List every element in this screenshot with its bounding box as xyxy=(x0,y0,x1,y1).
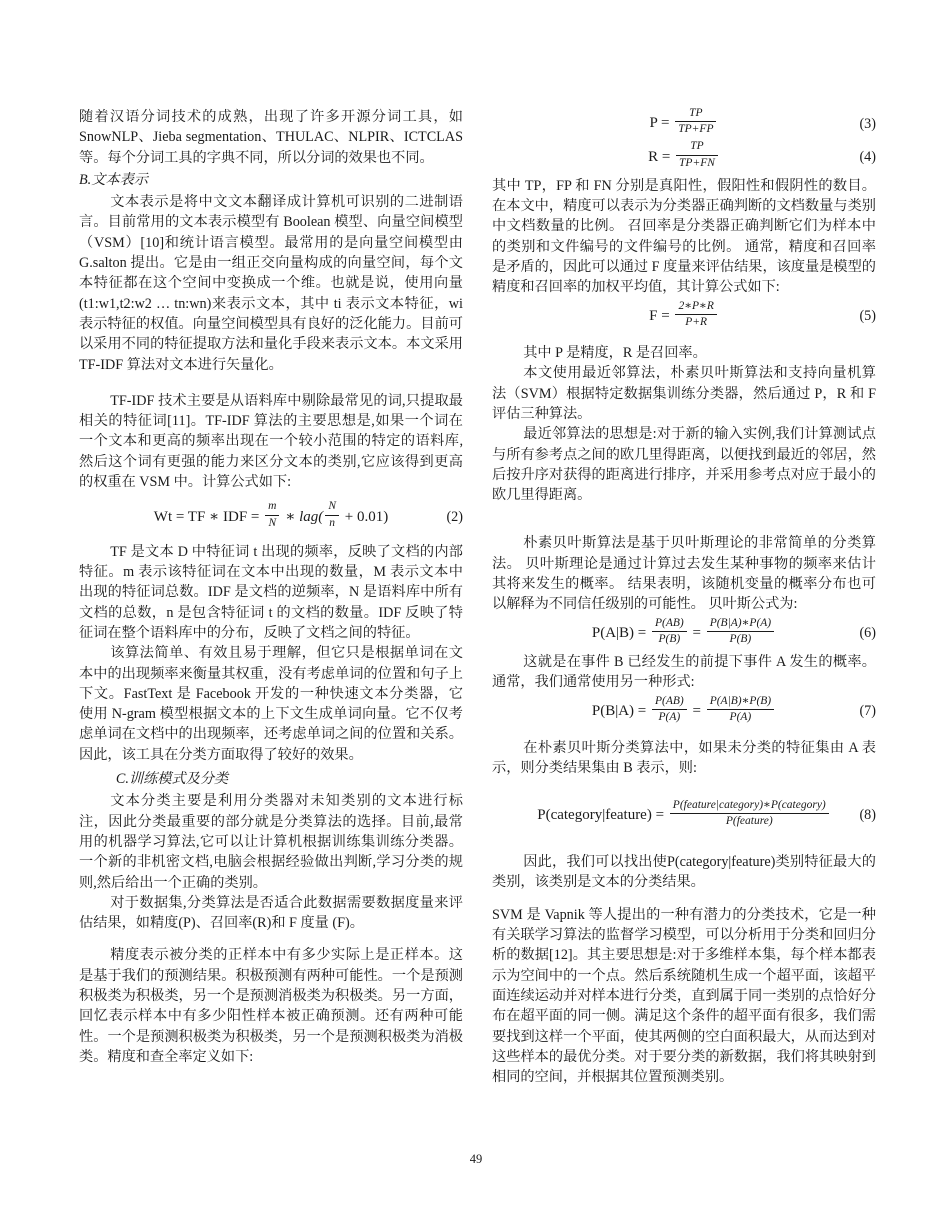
paragraph-tp-fp-fn: 其中 TP，FP 和 FN 分别是真阳性，假阳性和假阴性的数目。 在本文中，精度… xyxy=(492,176,876,298)
paper-page: 随着汉语分词技术的成熟，出现了许多开源分词工具，如 SnowNLP、Jieba … xyxy=(0,0,952,1232)
right-column: P = TPTP+FP (3) R = TPTP+FN (4) 其中 TP，FP… xyxy=(492,107,876,1087)
paragraph-tfidf-intro: TF-IDF 技术主要是从语料库中剔除最常见的词,只提取最相关的特征词[11]。… xyxy=(79,391,463,492)
paragraph-classifier-selection: 文本分类主要是利用分类器对未知类别的文本进行标注，因此分类最重要的部分就是分类算… xyxy=(79,791,463,892)
paragraph-knn-idea: 最近邻算法的思想是:对于新的输入实例,我们计算测试点与所有参考点之间的欧几里得距… xyxy=(492,424,876,505)
paragraph-dataset-metrics: 对于数据集,分类算法是否适合此数据需要数据度量来评估结果，如精度(P)、召回率(… xyxy=(79,893,463,934)
paragraph-conditional-probability: 这就是在事件 B 已经发生的前提下事件 A 发生的概率。 通常，我们通常使用另一… xyxy=(492,652,876,693)
equation-2-tfidf-weight: Wt = TF ∗ IDF = mN ∗ lag(Nn + 0.01) (2) xyxy=(79,502,463,531)
paragraph-text-representation: 文本表示是将中文文本翻译成计算机可识别的二进制语言。目前常用的文本表示模型有 B… xyxy=(79,192,463,375)
equation-body: P(B|A) = P(AB)P(A) = P(A|B)∗P(B)P(A) xyxy=(592,703,776,719)
equation-number: (7) xyxy=(859,701,876,721)
equation-7-bayes-alt: P(B|A) = P(AB)P(A) = P(A|B)∗P(B)P(A) (7) xyxy=(492,697,876,726)
equation-number: (8) xyxy=(859,805,876,825)
page-number: 49 xyxy=(0,1152,952,1167)
equation-4-recall: R = TPTP+FN (4) xyxy=(492,142,876,171)
equation-body: R = TPTP+FN xyxy=(648,149,720,165)
paragraph-tf-idf-explanation: TF 是文本 D 中特征词 t 出现的频率，反映了文档的内部特征。m 表示该特征… xyxy=(79,542,463,643)
equation-body: F = 2∗P∗RP+R xyxy=(649,308,719,324)
paragraph-fasttext: 该算法简单、有效且易于理解，但它只是根据单词在文本中的出现频率来衡量其权重，没有… xyxy=(79,643,463,765)
equation-number: (2) xyxy=(446,507,463,527)
paragraph-three-algorithms: 本文使用最近邻算法，朴素贝叶斯算法和支持向量机算法（SVM）根据特定数据集训练分… xyxy=(492,363,876,424)
equation-3-precision: P = TPTP+FP (3) xyxy=(492,109,876,138)
section-heading-c-training-classification: C.训练模式及分类 xyxy=(79,769,463,789)
paragraph-precision-recall-definition: 精度表示被分类的正样本中有多少实际上是正样本。这是基于我们的预测结果。积极预测有… xyxy=(79,945,463,1067)
paragraph-nb-feature-sets: 在朴素贝叶斯分类算法中，如果未分类的特征集由 A 表示，则分类结果集由 B 表示… xyxy=(492,738,876,779)
equation-body: P(A|B) = P(AB)P(B) = P(B|A)∗P(A)P(B) xyxy=(592,625,776,641)
equation-5-f-measure: F = 2∗P∗RP+R (5) xyxy=(492,302,876,331)
equation-number: (4) xyxy=(859,147,876,167)
equation-body: Wt = TF ∗ IDF = mN ∗ lag(Nn + 0.01) xyxy=(154,509,388,525)
equation-number: (3) xyxy=(859,114,876,134)
equation-number: (6) xyxy=(859,623,876,643)
equation-number: (5) xyxy=(859,306,876,326)
paragraph-svm: SVM 是 Vapnik 等人提出的一种有潜力的分类技术，它是一种有关联学习算法… xyxy=(492,905,876,1088)
paragraph-p-r-meaning: 其中 P 是精度，R 是召回率。 xyxy=(492,343,876,363)
equation-8-category-feature: P(category|feature) = P(feature|category… xyxy=(492,801,876,830)
paragraph-naive-bayes-intro: 朴素贝叶斯算法是基于贝叶斯理论的非常简单的分类算法。 贝叶斯理论是通过计算过去发… xyxy=(492,533,876,614)
equation-6-bayes: P(A|B) = P(AB)P(B) = P(B|A)∗P(A)P(B) (6) xyxy=(492,619,876,648)
section-heading-b-text-representation: B.文本表示 xyxy=(79,170,463,190)
paragraph-segmentation-tools: 随着汉语分词技术的成熟，出现了许多开源分词工具，如 SnowNLP、Jieba … xyxy=(79,107,463,168)
left-column: 随着汉语分词技术的成熟，出现了许多开源分词工具，如 SnowNLP、Jieba … xyxy=(79,107,463,1067)
paragraph-find-max-category: 因此，我们可以找出使P(category|feature)类别特征最大的类别，该… xyxy=(492,852,876,893)
equation-body: P(category|feature) = P(feature|category… xyxy=(537,807,831,823)
equation-body: P = TPTP+FP xyxy=(650,115,719,131)
